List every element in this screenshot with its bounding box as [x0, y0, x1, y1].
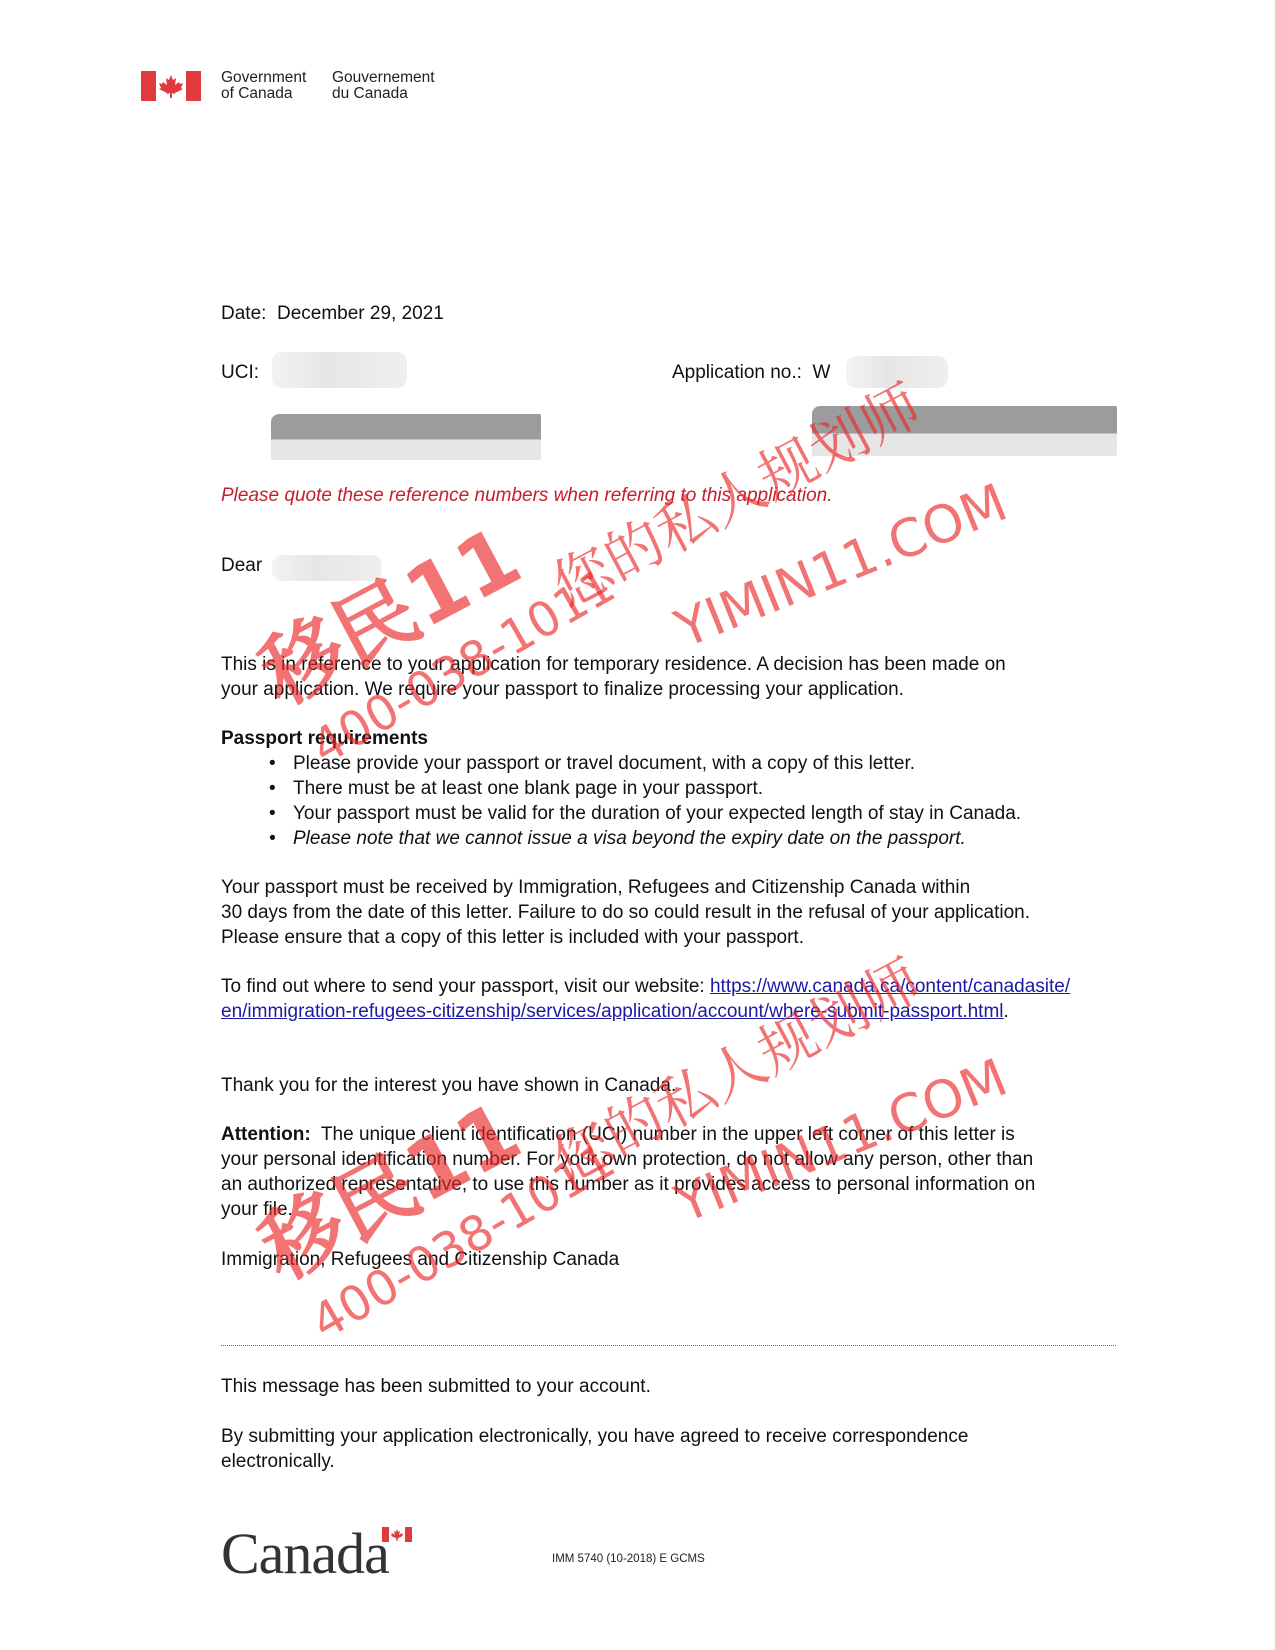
intro-paragraph: This is in reference to your application… — [221, 652, 1006, 702]
submitted-note: This message has been submitted to your … — [221, 1374, 651, 1399]
canada-wordmark-text: Canada — [221, 1521, 389, 1586]
electronic-line: electronically. — [221, 1449, 968, 1474]
application-label: Application no.: W — [672, 360, 830, 385]
requirements-heading: Passport requirements — [221, 726, 428, 751]
website-text: To find out where to send your passport,… — [221, 976, 705, 997]
requirement-item: Please note that we cannot issue a visa … — [221, 826, 1021, 851]
electronic-line: By submitting your application electroni… — [221, 1424, 968, 1449]
requirement-item: Please provide your passport or travel d… — [221, 751, 1021, 776]
electronic-note: By submitting your application electroni… — [221, 1424, 968, 1474]
uci-redaction — [272, 352, 407, 388]
gov-en-line1: Government — [221, 70, 306, 86]
link-period: . — [1004, 1001, 1009, 1022]
canada-wordmark: Canada — [221, 1525, 389, 1583]
requirement-item: Your passport must be valid for the dura… — [221, 801, 1021, 826]
canada-flag-icon — [141, 71, 201, 101]
thanks-line: Thank you for the interest you have show… — [221, 1073, 676, 1098]
deadline-line: Please ensure that a copy of this letter… — [221, 925, 1030, 950]
name-redaction — [272, 555, 382, 581]
address-redaction-right — [812, 406, 1117, 456]
attention-paragraph: Attention: The unique client identificat… — [221, 1122, 1035, 1222]
canada-wordmark-flag-icon — [382, 1527, 412, 1542]
address-redaction-left — [271, 414, 541, 460]
gov-fr-title: Gouvernement du Canada — [332, 70, 435, 102]
intro-line: This is in reference to your application… — [221, 652, 1006, 677]
requirement-item: There must be at least one blank page in… — [221, 776, 1021, 801]
application-value: W — [812, 362, 830, 383]
attention-line: your file. — [221, 1197, 1035, 1222]
website-paragraph: To find out where to send your passport,… — [221, 974, 1070, 1024]
gov-en-line2: of Canada — [221, 86, 306, 102]
requirements-list: Please provide your passport or travel d… — [221, 751, 1021, 851]
date-line: Date: December 29, 2021 — [221, 301, 444, 326]
date-label: Date: — [221, 303, 266, 324]
deadline-line: 30 days from the date of this letter. Fa… — [221, 900, 1030, 925]
where-submit-passport-link[interactable]: https://www.canada.ca/content/canadasite… — [710, 976, 1070, 997]
form-id: IMM 5740 (10-2018) E GCMS — [552, 1553, 705, 1565]
reference-notice: Please quote these reference numbers whe… — [221, 483, 833, 508]
attention-line: The unique client identification (UCI) n… — [321, 1124, 1015, 1145]
salutation: Dear — [221, 553, 262, 578]
date-value: December 29, 2021 — [277, 303, 444, 324]
deadline-line: Your passport must be received by Immigr… — [221, 875, 1030, 900]
signature: Immigration, Refugees and Citizenship Ca… — [221, 1247, 619, 1272]
dotted-divider — [221, 1345, 1116, 1346]
attention-line: your personal identification number. For… — [221, 1147, 1035, 1172]
intro-line: your application. We require your passpo… — [221, 677, 1006, 702]
attention-label: Attention: — [221, 1124, 311, 1145]
application-redaction — [846, 356, 948, 388]
application-label-text: Application no.: — [672, 362, 802, 383]
where-submit-passport-link-cont[interactable]: en/immigration-refugees-citizenship/serv… — [221, 1001, 1004, 1022]
uci-label: UCI: — [221, 360, 259, 385]
gov-fr-line2: du Canada — [332, 86, 435, 102]
deadline-paragraph: Your passport must be received by Immigr… — [221, 875, 1030, 950]
attention-line: an authorized representative, to use thi… — [221, 1172, 1035, 1197]
gov-en-title: Government of Canada — [221, 70, 306, 102]
gov-fr-line1: Gouvernement — [332, 70, 435, 86]
